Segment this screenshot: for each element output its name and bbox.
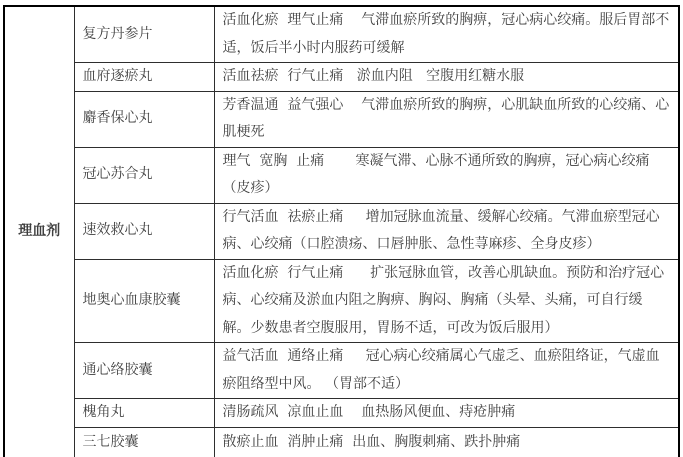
table-row: 通心络胶囊 益气活血 通络止痛 冠心病心绞痛属心气虚乏、血瘀阻络证，气虚血瘀阻络… — [4, 343, 679, 399]
category-cell: 理血剂 — [4, 6, 74, 457]
description-cell: 清肠疏风 凉血止血 血热肠风便血、痔疮肿痛 — [214, 399, 679, 428]
description-cell: 理气 宽胸 止痛 寒凝气滞、心脉不通所致的胸痹，冠心病心绞痛（皮疹） — [214, 147, 679, 203]
medicine-table: 理血剂 复方丹参片 活血化瘀 理气止痛 气滞血瘀所致的胸痹，冠心病心绞痛。服后胃… — [3, 5, 680, 457]
description-cell: 活血祛瘀 行气止痛 淤血内阻 空腹用红糖水服 — [214, 63, 679, 92]
table-row: 三七胶囊 散瘀止血 消肿止痛 出血、胸腹刺痛、跌扑肿痛 — [4, 428, 679, 457]
description-cell: 活血化瘀 理气止痛 气滞血瘀所致的胸痹，冠心病心绞痛。服后胃部不适，饭后半小时内… — [214, 6, 679, 63]
table-row: 冠心苏合丸 理气 宽胸 止痛 寒凝气滞、心脉不通所致的胸痹，冠心病心绞痛（皮疹） — [4, 147, 679, 203]
medicine-name-cell: 冠心苏合丸 — [74, 147, 214, 203]
table-row: 地奥心血康胶囊 活血化瘀 行气止痛 扩张冠脉血管，改善心肌缺血。预防和治疗冠心病… — [4, 259, 679, 343]
description-cell: 芳香温通 益气强心 气滞血瘀所致的胸痹，心肌缺血所致的心绞痛、心肌梗死 — [214, 91, 679, 147]
medicine-name-cell: 麝香保心丸 — [74, 91, 214, 147]
table-row: 槐角丸 清肠疏风 凉血止血 血热肠风便血、痔疮肿痛 — [4, 399, 679, 428]
medicine-name-cell: 复方丹参片 — [74, 6, 214, 63]
medicine-name-cell: 通心络胶囊 — [74, 343, 214, 399]
description-cell: 行气活血 祛瘀止痛 增加冠脉血流量、缓解心绞痛。气滞血瘀型冠心病、心绞痛（口腔溃… — [214, 203, 679, 259]
description-cell: 活血化瘀 行气止痛 扩张冠脉血管，改善心肌缺血。预防和治疗冠心病、心绞痛及淤血内… — [214, 259, 679, 343]
table-row: 血府逐瘀丸 活血祛瘀 行气止痛 淤血内阻 空腹用红糖水服 — [4, 63, 679, 92]
description-cell: 益气活血 通络止痛 冠心病心绞痛属心气虚乏、血瘀阻络证，气虚血瘀阻络型中风。 （… — [214, 343, 679, 399]
page: 理血剂 复方丹参片 活血化瘀 理气止痛 气滞血瘀所致的胸痹，冠心病心绞痛。服后胃… — [0, 0, 683, 457]
medicine-name-cell: 三七胶囊 — [74, 428, 214, 457]
table-row: 麝香保心丸 芳香温通 益气强心 气滞血瘀所致的胸痹，心肌缺血所致的心绞痛、心肌梗… — [4, 91, 679, 147]
table-row: 理血剂 复方丹参片 活血化瘀 理气止痛 气滞血瘀所致的胸痹，冠心病心绞痛。服后胃… — [4, 6, 679, 63]
medicine-name-cell: 速效救心丸 — [74, 203, 214, 259]
medicine-name-cell: 槐角丸 — [74, 399, 214, 428]
medicine-name-cell: 血府逐瘀丸 — [74, 63, 214, 92]
table-row: 速效救心丸 行气活血 祛瘀止痛 增加冠脉血流量、缓解心绞痛。气滞血瘀型冠心病、心… — [4, 203, 679, 259]
medicine-name-cell: 地奥心血康胶囊 — [74, 259, 214, 343]
description-cell: 散瘀止血 消肿止痛 出血、胸腹刺痛、跌扑肿痛 — [214, 428, 679, 457]
